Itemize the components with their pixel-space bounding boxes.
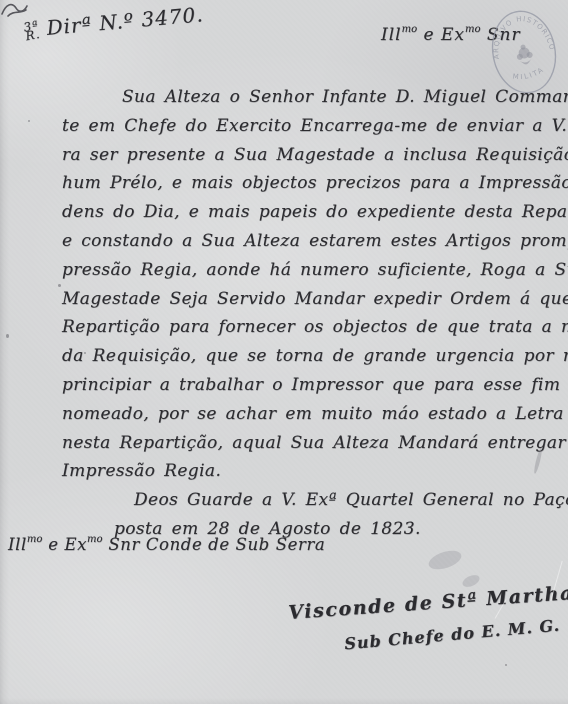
department-fraction: 3ª R.	[23, 21, 41, 42]
stamp-emblem	[515, 43, 535, 66]
body-line: nomeado, por se achar em muito máo estad…	[62, 400, 564, 429]
body-line: pressão Regia, aonde há numero suficient…	[62, 256, 564, 285]
paper-speckle	[505, 664, 507, 666]
addressee-part: Snr Conde de Sub Serra	[103, 535, 326, 554]
body-line: Magestade Seja Servido Mandar expedir Or…	[62, 285, 564, 314]
addressee-part: e Ex	[42, 535, 87, 554]
scanned-letter-page: 3ª R. Dirª N.º 3470. Illmo e Exmo Snr AR…	[0, 0, 568, 704]
paper-speckle	[6, 334, 9, 338]
body-line: da Requisição, que se torna de grande ur…	[62, 342, 564, 371]
paper-speckle	[28, 120, 30, 122]
paper-speckle	[548, 96, 550, 99]
body-line: Sua Alteza o Senhor Infante D. Miguel Co…	[62, 83, 564, 112]
body-line: Repartição para fornecer os objectos de …	[62, 313, 564, 342]
salutation-part: Ill	[381, 25, 402, 45]
addressee: Illmo e Exmo Snr Conde de Sub Serra	[8, 534, 325, 554]
body-line: principiar a trabalhar o Impressor que p…	[62, 371, 564, 400]
body-line: hum Prélo, e mais objectos precizos para…	[62, 169, 564, 198]
body-line: dens do Dia, e mais papeis do expediente…	[62, 198, 564, 227]
pencil-smudge	[461, 573, 482, 589]
signature-role: Sub Chefe do E. M. G.	[344, 616, 561, 654]
body-line: e constando a Sua Alteza estarem estes A…	[62, 227, 564, 256]
body-line: te em Chefe do Exercito Encarrega-me de …	[62, 112, 564, 141]
body-paragraph: Sua Alteza o Senhor Infante D. Miguel Co…	[62, 83, 564, 544]
paper-speckle	[84, 352, 86, 354]
addressee-part: Ill	[8, 535, 27, 554]
addressee-superscript: mo	[27, 534, 43, 545]
paper-speckle	[58, 284, 61, 287]
salutation-part: e Ex	[417, 25, 465, 45]
reference-number: 3ª R. Dirª N.º 3470.	[23, 2, 204, 42]
pencil-smudge	[426, 547, 463, 573]
addressee-superscript: mo	[87, 534, 103, 545]
body-line: Impressão Regia.	[62, 457, 564, 486]
body-line: nesta Repartição, aqual Sua Alteza Manda…	[62, 429, 564, 458]
closing-line: Deos Guarde a V. Exª Quartel General no …	[62, 486, 564, 515]
department-bottom: R.	[24, 27, 41, 44]
reference-text: Dirª N.º 3470.	[46, 2, 205, 40]
salutation-superscript: mo	[402, 24, 418, 35]
body-line: ra ser presente a Sua Magestade a inclus…	[62, 141, 564, 170]
